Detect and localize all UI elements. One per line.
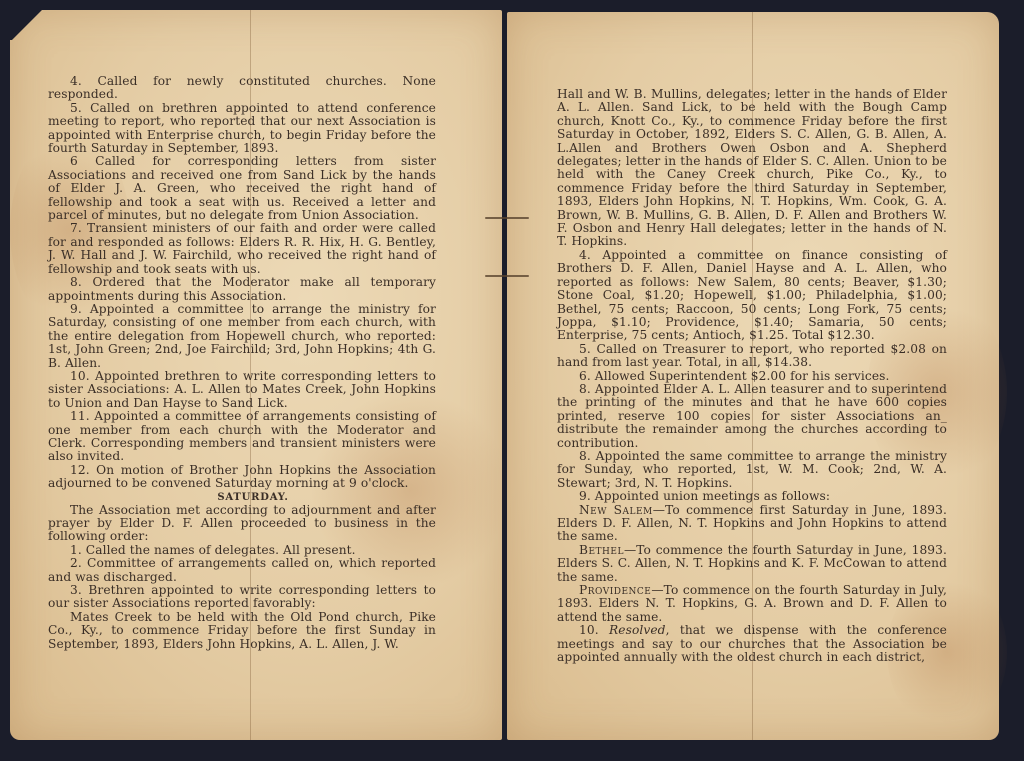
superintendent-paragraph: 6. Allowed Superintendent $2.00 for his … <box>557 370 947 383</box>
left-page-text: 4. Called for newly constituted churches… <box>48 75 436 651</box>
paragraph-item-4: 4. Called for newly constituted churches… <box>48 75 436 102</box>
paragraph-item-9: 9. Appointed a committee to arrange the … <box>48 303 436 370</box>
paragraph-item-12: 12. On motion of Brother John Hopkins th… <box>48 464 436 491</box>
union-meetings-intro: 9. Appointed union meetings as follows: <box>557 490 947 503</box>
meeting-name: Bethel <box>579 543 624 557</box>
treasurer-appointment-paragraph: 8. Appointed Elder A. L. Allen teasurer … <box>557 383 947 450</box>
saturday-item-3: 3. Brethren appointed to write correspon… <box>48 584 436 611</box>
binding-crease <box>485 275 529 277</box>
right-page-text: Hall and W. B. Mullins, delegates; lette… <box>557 88 947 664</box>
binding-crease <box>485 217 529 219</box>
paragraph-item-11: 11. Appointed a committee of arrangement… <box>48 410 436 464</box>
union-meeting-bethel: Bethel—To commence the fourth Saturday i… <box>557 544 947 584</box>
mates-creek-paragraph: Mates Creek to be held with the Old Pond… <box>48 611 436 651</box>
saturday-item-1: 1. Called the names of delegates. All pr… <box>48 544 436 557</box>
meeting-name: New Salem <box>579 503 653 517</box>
union-meeting-new-salem: New Salem—To commence first Saturday in … <box>557 504 947 544</box>
meeting-name: Providence <box>579 583 651 597</box>
resolution-paragraph: 10. Resolved, that we dispense with the … <box>557 624 947 664</box>
treasurer-report-paragraph: 5. Called on Treasurer to report, who re… <box>557 343 947 370</box>
continuation-paragraph: Hall and W. B. Mullins, delegates; lette… <box>557 88 947 249</box>
sunday-ministry-paragraph: 8. Appointed the same committee to arran… <box>557 450 947 490</box>
paragraph-item-5: 5. Called on brethren appointed to atten… <box>48 102 436 156</box>
resolution-number: 10. <box>579 623 599 637</box>
paragraph-item-10: 10. Appointed brethren to write correspo… <box>48 370 436 410</box>
finance-committee-paragraph: 4. Appointed a committee on finance cons… <box>557 249 947 343</box>
paragraph-item-8: 8. Ordered that the Moderator make all t… <box>48 276 436 303</box>
paragraph-item-7: 7. Transient ministers of our faith and … <box>48 222 436 276</box>
resolution-keyword: Resolved <box>609 623 666 637</box>
saturday-intro: The Association met according to adjourn… <box>48 504 436 544</box>
paragraph-item-6: 6 Called for corresponding letters from … <box>48 155 436 222</box>
saturday-item-2: 2. Committee of arrangements called on, … <box>48 557 436 584</box>
section-heading-saturday: SATURDAY. <box>48 491 436 504</box>
union-meeting-providence: Providence—To commence on the fourth Sat… <box>557 584 947 624</box>
torn-corner <box>10 10 70 40</box>
